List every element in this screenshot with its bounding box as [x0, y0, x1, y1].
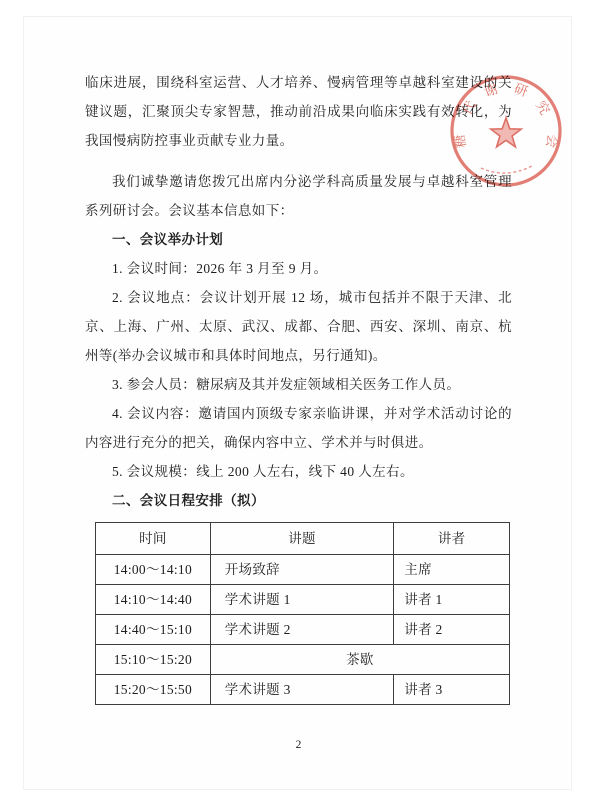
- document-body: 临床进展，围绕科室运营、人才培养、慢病管理等卓越科室建设的关键议题，汇聚顶尖专家…: [85, 68, 512, 760]
- plan-item-attendees: 3. 参会人员：糖尿病及其并发症领域相关医务工作人员。: [85, 370, 512, 399]
- paragraph-invitation: 我们诚挚邀请您拨冗出席内分泌学科高质量发展与卓越科室管理系列研讨会。会议基本信息…: [85, 167, 512, 225]
- table-row: 14:40～15:10 学术讲题 2 讲者 2: [96, 615, 510, 645]
- table-row-tea-break: 15:10～15:20 茶歇: [96, 645, 510, 675]
- plan-item-content: 4. 会议内容：邀请国内顶级专家亲临讲课，并对学术活动讨论的内容进行充分的把关，…: [85, 399, 512, 457]
- section2-heading: 二、会议日程安排（拟）: [85, 486, 512, 515]
- cell-speaker: 讲者 3: [394, 675, 510, 705]
- col-header-speaker: 讲者: [394, 523, 510, 555]
- plan-item-time: 1. 会议时间：2026 年 3 月至 9 月。: [85, 254, 512, 283]
- cell-time: 14:40～15:10: [96, 615, 211, 645]
- cell-time: 14:10～14:40: [96, 585, 211, 615]
- cell-speaker: 讲者 1: [394, 585, 510, 615]
- cell-speaker: 主席: [394, 555, 510, 585]
- cell-topic: 学术讲题 1: [210, 585, 394, 615]
- paragraph-continuation: 临床进展，围绕科室运营、人才培养、慢病管理等卓越科室建设的关键议题，汇聚顶尖专家…: [85, 68, 512, 155]
- cell-tea-break: 茶歇: [210, 645, 509, 675]
- cell-topic: 开场致辞: [210, 555, 394, 585]
- cell-topic: 学术讲题 2: [210, 615, 394, 645]
- cell-time: 15:20～15:50: [96, 675, 211, 705]
- cell-time: 14:00～14:10: [96, 555, 211, 585]
- table-row: 14:10～14:40 学术讲题 1 讲者 1: [96, 585, 510, 615]
- cell-time: 15:10～15:20: [96, 645, 211, 675]
- table-header-row: 时间 讲题 讲者: [96, 523, 510, 555]
- section1-heading: 一、会议举办计划: [85, 225, 512, 254]
- page-number: 2: [85, 731, 512, 760]
- cell-speaker: 讲者 2: [394, 615, 510, 645]
- cell-topic: 学术讲题 3: [210, 675, 394, 705]
- col-header-time: 时间: [96, 523, 211, 555]
- plan-item-scale: 5. 会议规模：线上 200 人左右，线下 40 人左右。: [85, 457, 512, 486]
- col-header-topic: 讲题: [210, 523, 394, 555]
- table-row: 14:00～14:10 开场致辞 主席: [96, 555, 510, 585]
- table-row: 15:20～15:50 学术讲题 3 讲者 3: [96, 675, 510, 705]
- schedule-table: 时间 讲题 讲者 14:00～14:10 开场致辞 主席 14:10～14:40…: [95, 522, 510, 705]
- plan-item-location: 2. 会议地点：会议计划开展 12 场，城市包括并不限于天津、北京、上海、广州、…: [85, 283, 512, 370]
